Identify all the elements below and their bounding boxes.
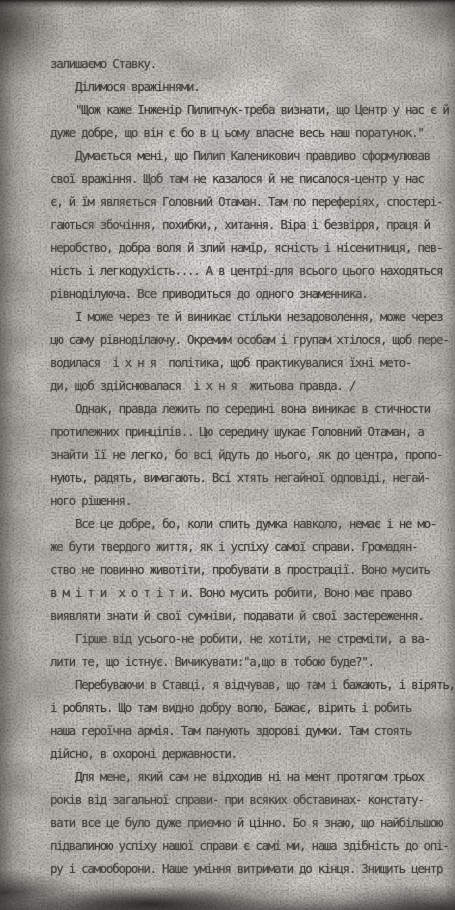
text-line: рівноділуюча. Все приводиться до одного …: [50, 282, 451, 305]
text-line: Однак, правда лежить по середині вона ви…: [50, 397, 451, 420]
text-line: протилежних принціпів.. Цю середину шука…: [50, 420, 451, 443]
scanned-page: залишаємо Ставку.Ділимося вражіннями."Що…: [0, 0, 455, 910]
text-line: Для мене, який сам не відходив ні на мен…: [50, 765, 451, 788]
text-line: свої вражіння. Щоб там не казалося й не …: [50, 167, 451, 190]
text-line: ного рішення.: [50, 489, 451, 512]
text-line: наша героїчна армія. Там панують здорові…: [50, 719, 451, 742]
text-line: же бути твердого життя, як і успіху само…: [50, 535, 451, 558]
text-line: в м і т и х о т і т и. Воно мусить робит…: [50, 581, 451, 604]
text-line: ру і самооборони. Наше уміння витримати …: [50, 857, 451, 880]
text-line: Все це добре, бо, коли спить думка навко…: [50, 512, 451, 535]
text-line: ди, щоб здійснювалася і х н я житьова пр…: [50, 374, 451, 397]
text-line: років від загальної справи- при всяких о…: [50, 788, 451, 811]
text-line: і роблять. Що там видно добру волю, Бажа…: [50, 696, 451, 719]
text-line: гаються збочіння, похибки,, хитання. Вір…: [50, 213, 451, 236]
typewritten-text: залишаємо Ставку.Ділимося вражіннями."Що…: [50, 52, 451, 880]
text-line: неробство, добра воля й злий намір, ясні…: [50, 236, 451, 259]
text-line: І може через те й виникає стільки незадо…: [50, 305, 451, 328]
text-line: Ділимося вражіннями.: [50, 75, 451, 98]
text-line: цю саму рівноділаючу. Окремим особам і г…: [50, 328, 451, 351]
text-line: залишаємо Ставку.: [50, 52, 451, 75]
text-line: вати все це було дуже приємно й цінно. Б…: [50, 811, 451, 834]
text-line: нують, радять, вимагають. Всі хтять нега…: [50, 466, 451, 489]
text-line: підвалиною успіху нашої справи є самі ми…: [50, 834, 451, 857]
text-line: знайти її не легко, бо всі йдуть до ньог…: [50, 443, 451, 466]
text-line: дійсно, в охороні державности.: [50, 742, 451, 765]
text-line: лити те, що істнує. Вичикувати:"а,що в т…: [50, 650, 451, 673]
text-line: Гірше від усього-не робити, не хотіти, н…: [50, 627, 451, 650]
text-line: є, й їм являється Головний Отаман. Там п…: [50, 190, 451, 213]
text-line: виявляти знати й свої сумніви, подавати …: [50, 604, 451, 627]
text-line: Перебуваючи в Ставці, я відчував, що там…: [50, 673, 451, 696]
text-line: Думається мені, що Пилип Каленикович пра…: [50, 144, 451, 167]
text-line: "Щож каже Інженір Пилипчук-треба визнати…: [50, 98, 451, 121]
text-line: ність і легкодухість.... А в центрі-для …: [50, 259, 451, 282]
text-line: ство не повинно животіти, пробувати в пр…: [50, 558, 451, 581]
text-line: дуже добре, що він є бо в ц ьому власне …: [50, 121, 451, 144]
text-line: водилася і х н я політика, щоб практикув…: [50, 351, 451, 374]
